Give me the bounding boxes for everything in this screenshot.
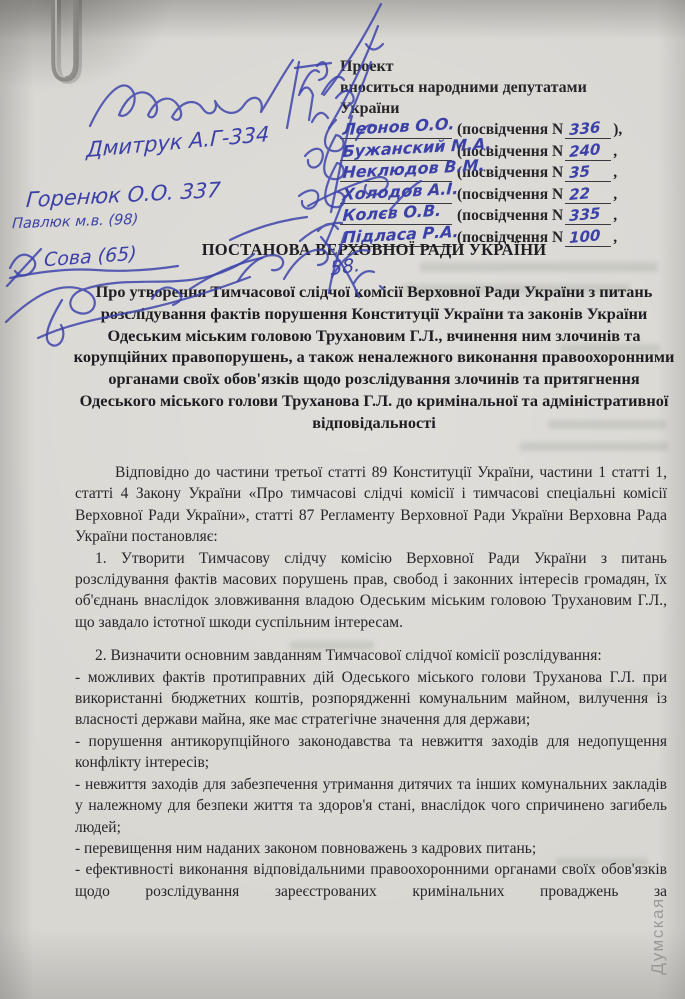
project-label: Проект	[340, 56, 685, 77]
paperclip-icon	[54, 0, 79, 81]
body-paragraph: - ефективності виконання відповідальними…	[75, 859, 667, 902]
signature-scribble	[7, 249, 41, 286]
body-paragraph: - порушення антикорупційного законодавст…	[75, 731, 667, 774]
document-body: Відповідно до частини третьої статті 89 …	[75, 462, 667, 902]
handwritten-annotation-sova: Сова (65)	[44, 243, 137, 272]
certificate-number-line: 35	[565, 162, 611, 182]
deputy-row: Неклюдов В.М.(посвідчення N35,	[340, 162, 685, 184]
submitted-by-line: України	[340, 98, 685, 119]
row-suffix: ,	[613, 164, 617, 182]
body-paragraph: 2. Визначити основним завданням Тимчасов…	[75, 645, 667, 666]
certificate-number-line: 240	[565, 141, 611, 161]
header-block: Проект вноситься народними депутатами Ук…	[340, 56, 685, 119]
deputy-name-line: Неклюдов В.М.	[340, 162, 452, 182]
row-suffix: ,	[613, 186, 617, 204]
deputy-row: Холодов А.І.(посвідчення N22,	[340, 184, 685, 206]
handwritten-certificate-number: 335	[569, 204, 601, 225]
row-suffix: ,	[613, 207, 617, 225]
bleedthrough-mark	[420, 262, 658, 272]
certificate-number-line: 335	[565, 205, 611, 225]
row-suffix: ),	[613, 121, 622, 139]
handwritten-annotation-dmytruk: Дмитрук А.Г-334	[86, 122, 270, 162]
deputy-row: Колєв О.В.(посвідчення N335,	[340, 205, 685, 227]
deputy-name-line: Леонов О.О.	[340, 119, 452, 139]
certificate-number-line: 22	[565, 184, 611, 204]
handwritten-certificate-number: 22	[569, 184, 590, 204]
submitted-by-line: вноситься народними депутатами	[340, 77, 685, 98]
document-title: ПОСТАНОВА ВЕРХОВНОЇ РАДИ УКРАЇНИ	[70, 240, 678, 260]
handwritten-annotation-pavliuk: Павлюк м.в. (98)	[12, 212, 139, 232]
body-paragraph: - перевищення ним наданих законом повнов…	[75, 838, 667, 859]
bleedthrough-mark	[520, 442, 668, 451]
certificate-label: (посвідчення N	[457, 207, 563, 225]
deputy-row: Бужанский М.А.(посвідчення N240,	[340, 141, 685, 163]
watermark-dumskaya: Думская	[648, 876, 668, 996]
handwritten-certificate-number: 35	[569, 162, 590, 182]
certificate-number-line: 336	[565, 119, 611, 139]
body-paragraph: - невжиття заходів для забезпечення утри…	[75, 774, 667, 838]
deputy-row: Леонов О.О.(посвідчення N336),	[340, 119, 685, 141]
deputy-name-line: Колєв О.В.	[340, 205, 452, 225]
handwritten-certificate-number: 336	[569, 118, 601, 139]
handwritten-deputy-name: Колєв О.В.	[342, 201, 442, 225]
body-paragraph: Відповідно до частини третьої статті 89 …	[75, 462, 667, 548]
body-paragraph: 1. Утворити Тимчасову слідчу комісію Вер…	[75, 548, 667, 634]
handwritten-annotation-goreniuk: Горенюк О.О. 337	[25, 178, 221, 212]
handwritten-certificate-number: 240	[569, 140, 601, 161]
handwritten-annotation-number: 58.	[330, 254, 361, 280]
document-subtitle: Про утворення Тимчасової слідчої комісії…	[70, 281, 678, 434]
certificate-label: (посвідчення N	[457, 186, 563, 204]
body-paragraph: - можливих фактів протиправних дій Одесь…	[75, 667, 667, 731]
scanned-document-page: Проект вноситься народними депутатами Ук…	[0, 0, 685, 999]
row-suffix: ,	[613, 143, 617, 161]
